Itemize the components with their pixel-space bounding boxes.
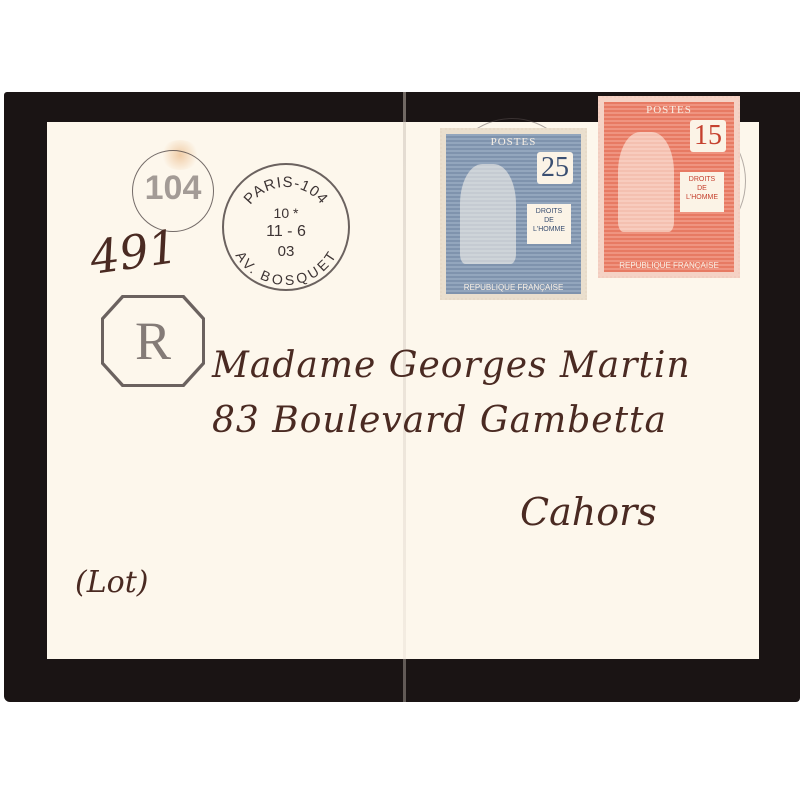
svg-text:PARIS-104: PARIS-104: [241, 174, 332, 208]
postmark-year: 03: [224, 243, 348, 260]
postmark-date: 11 - 6: [224, 223, 348, 241]
stamp-country: REPUBLIQUE FRANÇAISE: [446, 283, 581, 292]
registration-letter: R: [104, 298, 202, 384]
stamp-15c: POSTES 15 DROITSDEL'HOMME REPUBLIQUE FRA…: [598, 96, 740, 278]
addressee-name: Madame Georges Martin: [212, 345, 691, 386]
stamp-value: 25: [537, 152, 573, 184]
address-city: Cahors: [520, 490, 657, 534]
stamp-header: POSTES: [604, 104, 734, 116]
fold-crease: [403, 92, 406, 702]
stamp-header: POSTES: [446, 136, 581, 148]
stamp-25c: POSTES 25 DROITSDEL'HOMME REPUBLIQUE FRA…: [440, 128, 587, 300]
stamp-tablet: DROITSDEL'HOMME: [680, 172, 724, 212]
office-number: 104: [133, 169, 213, 208]
registration-mark: R: [104, 298, 202, 384]
seated-figure-icon: [618, 132, 674, 232]
paris-postmark: PARIS-104 AV. BOSQUET 10 * 11 - 6 03: [222, 163, 350, 291]
postmark-line-1: 10 *: [224, 205, 348, 221]
stamp-value: 15: [690, 120, 726, 152]
stamp-tablet: DROITSDEL'HOMME: [527, 204, 571, 244]
address-street: 83 Boulevard Gambetta: [212, 400, 667, 441]
stamp-country: REPUBLIQUE FRANÇAISE: [604, 261, 734, 270]
seated-figure-icon: [460, 164, 516, 264]
address-department: (Lot): [75, 565, 148, 600]
